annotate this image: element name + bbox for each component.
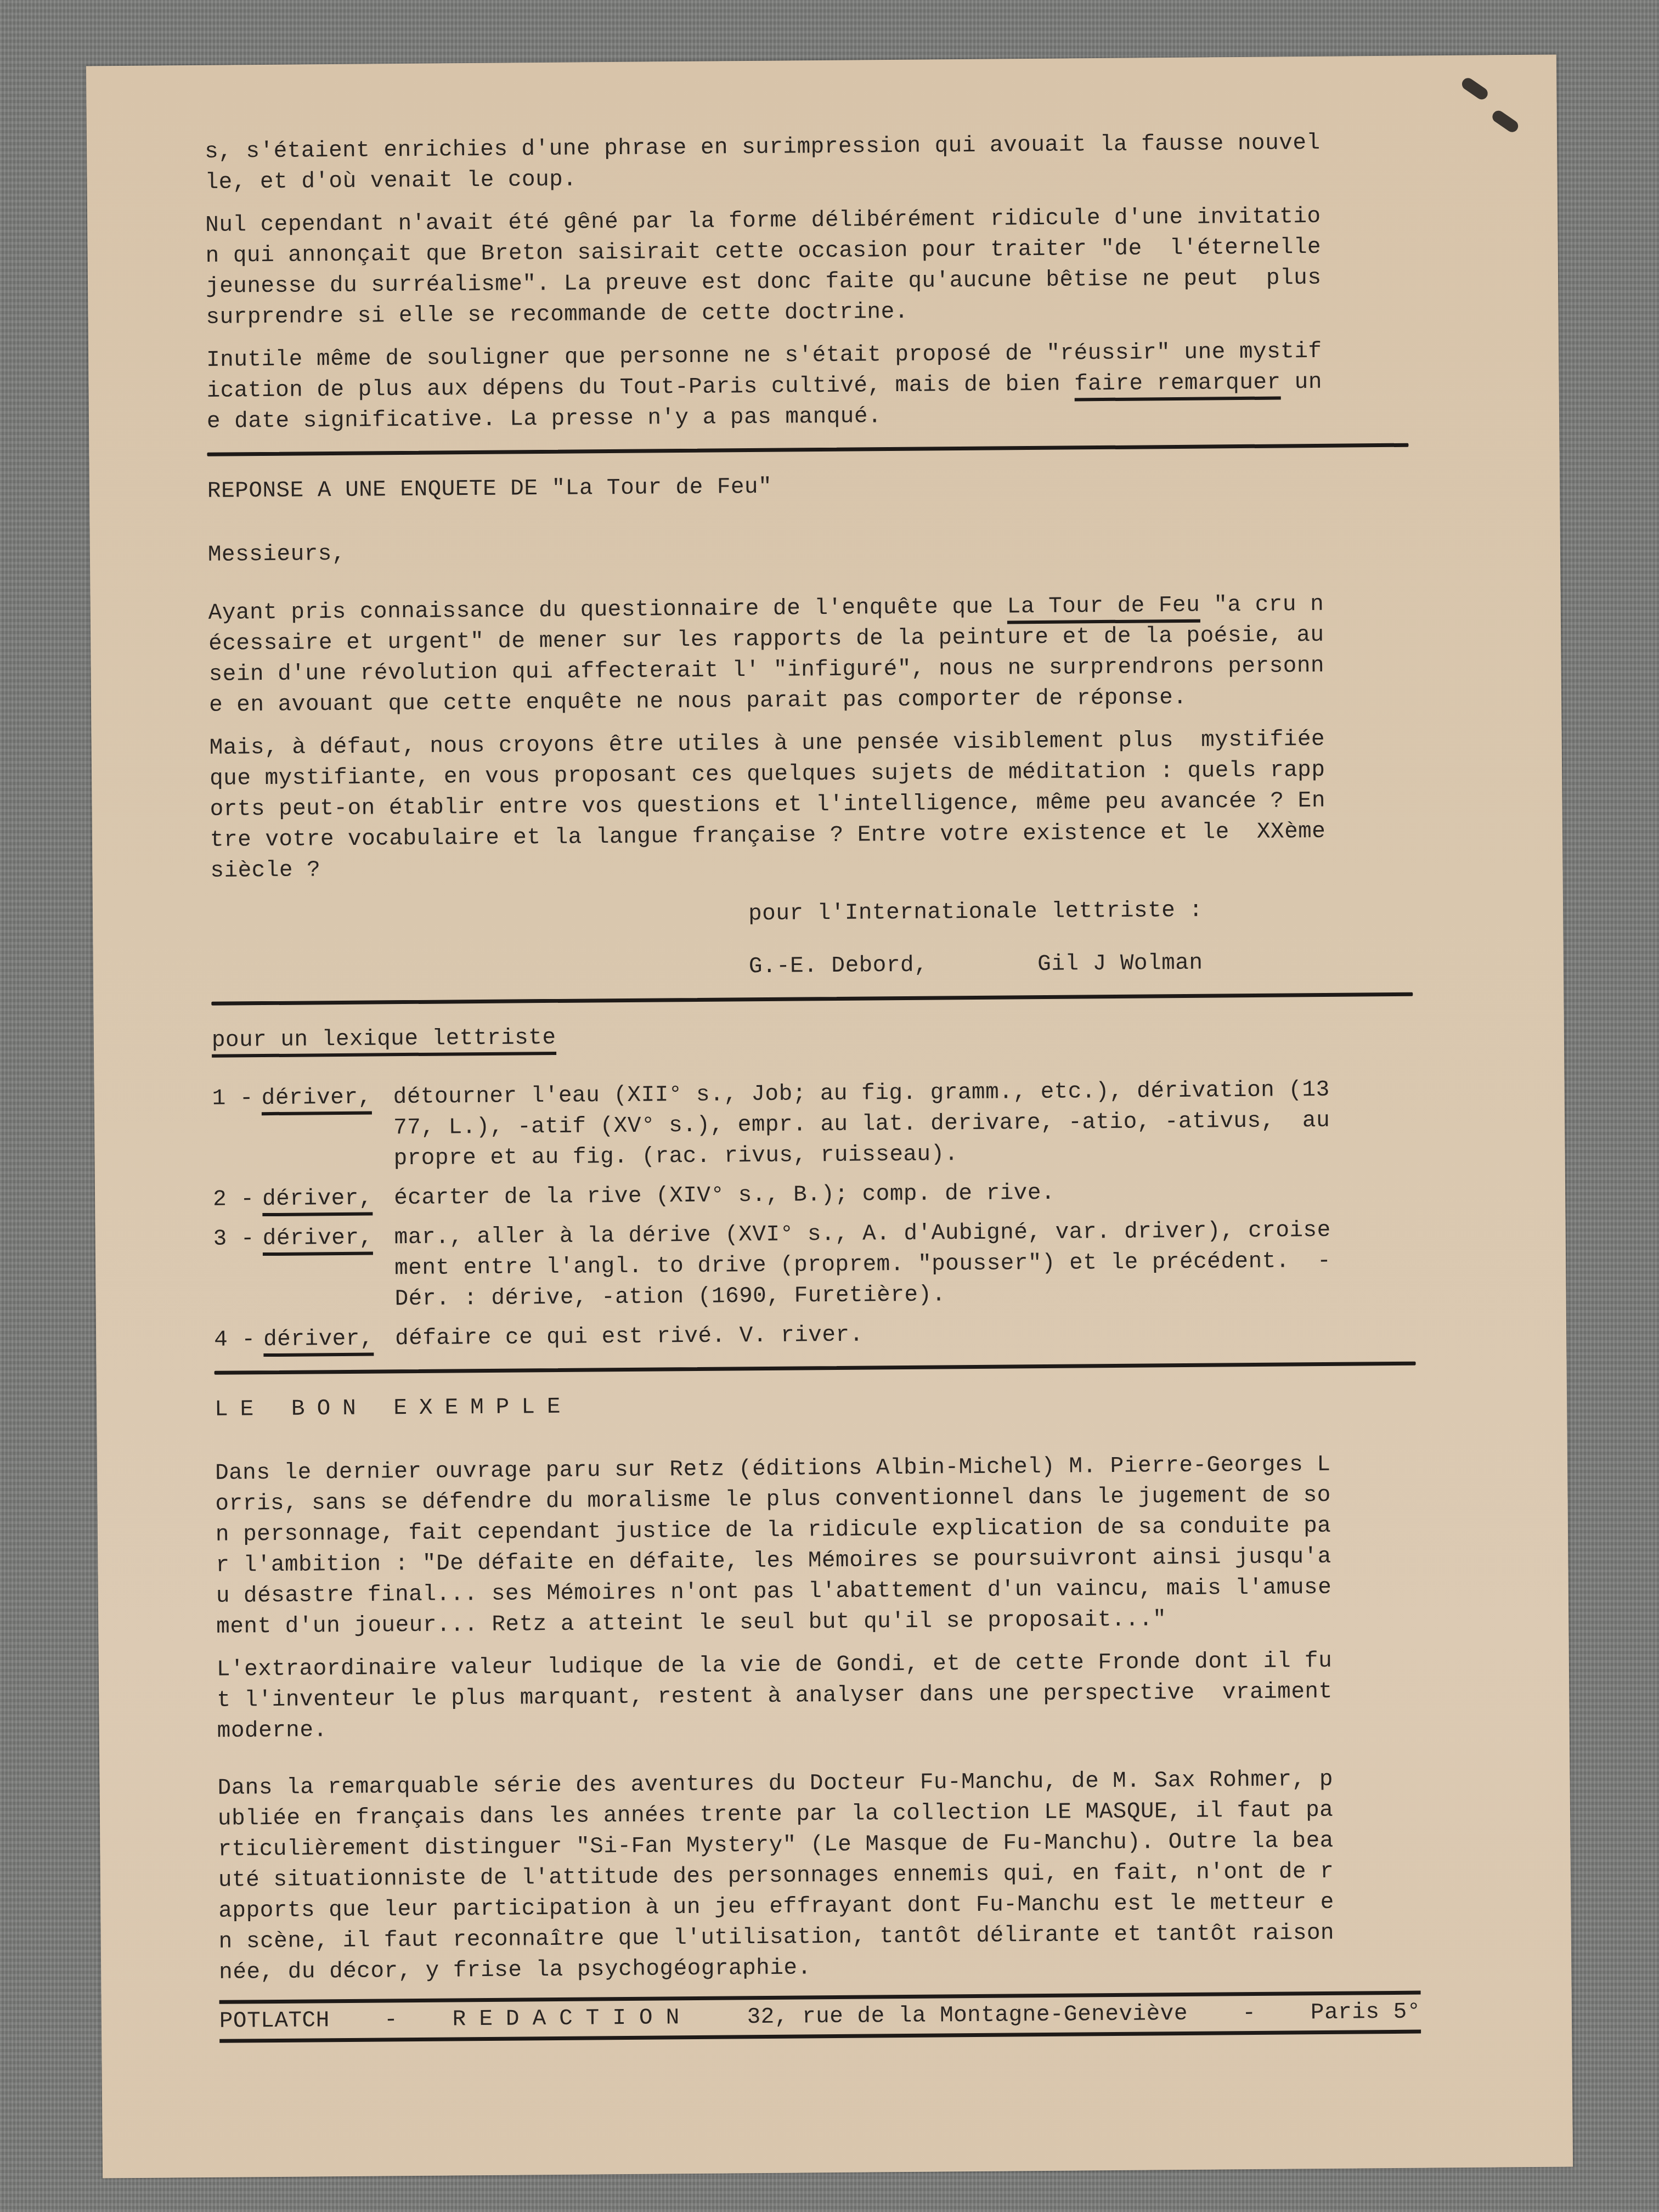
lexique-entry: 4 - dériver, défaire ce qui est rivé. V.…: [214, 1316, 1415, 1356]
lexique-title: pour un lexique lettriste: [212, 1016, 1413, 1056]
signatures: G.-E. Debord, Gil J Wolman: [749, 946, 1413, 983]
underlined-title: La Tour de Feu: [1007, 593, 1200, 624]
bon-exemple-paragraph: Dans la remarquable série des aventures …: [217, 1764, 1420, 1988]
bon-exemple-title: LE BON EXEMPLE: [215, 1385, 1416, 1425]
staple-hole-icon: [1460, 76, 1490, 102]
reponse-paragraph: Ayant pris connaissance du questionnaire…: [208, 589, 1411, 721]
salutation: Messieurs,: [208, 531, 1409, 571]
underlined-phrase: faire remarquer: [1074, 370, 1281, 401]
signoff: pour l'Internationale lettriste :: [748, 894, 1412, 930]
intro-paragraph: Inutile même de souligner que personne n…: [206, 336, 1408, 437]
typewritten-page: s, s'étaient enrichies d'une phrase en s…: [86, 55, 1573, 2179]
staple-hole-icon: [1490, 108, 1520, 134]
address: 32, rue de la Montagne-Geneviève: [747, 1999, 1188, 2033]
intro-paragraph: Nul cependant n'avait été gêné par la fo…: [205, 201, 1408, 333]
lexique-entries: 1 - dériver, détourner l'eau (XII° s., J…: [212, 1074, 1415, 1356]
footer-masthead: POTLATCH - REDACTION 32, rue de la Monta…: [219, 1991, 1421, 2043]
publication-name: POTLATCH: [219, 2005, 330, 2037]
reponse-title: REPONSE A UNE ENQUETE DE "La Tour de Feu…: [207, 467, 1409, 507]
page-content: s, s'étaient enrichies d'une phrase en s…: [205, 127, 1421, 2043]
redaction-label: REDACTION: [453, 2002, 693, 2035]
section-divider: [215, 1362, 1416, 1375]
bon-exemple-paragraph: Dans le dernier ouvrage paru sur Retz (é…: [215, 1449, 1418, 1643]
signatory: Gil J Wolman: [1037, 948, 1203, 980]
city: Paris 5°: [1311, 1997, 1421, 2029]
lexique-entry: 2 - dériver, écarter de la rive (XIV° s.…: [213, 1175, 1414, 1215]
lexique-entry: 3 - dériver, mar., aller à la dérive (XV…: [213, 1215, 1415, 1316]
section-divider: [207, 443, 1408, 456]
section-divider: [211, 992, 1413, 1006]
lexique-entry: 1 - dériver, détourner l'eau (XII° s., J…: [212, 1074, 1414, 1176]
reponse-paragraph: Mais, à défaut, nous croyons être utiles…: [209, 724, 1412, 887]
bon-exemple-paragraph: L'extraordinaire valeur ludique de la vi…: [217, 1645, 1419, 1747]
signatory: G.-E. Debord,: [749, 950, 928, 983]
intro-paragraph: s, s'étaient enrichies d'une phrase en s…: [205, 127, 1407, 198]
